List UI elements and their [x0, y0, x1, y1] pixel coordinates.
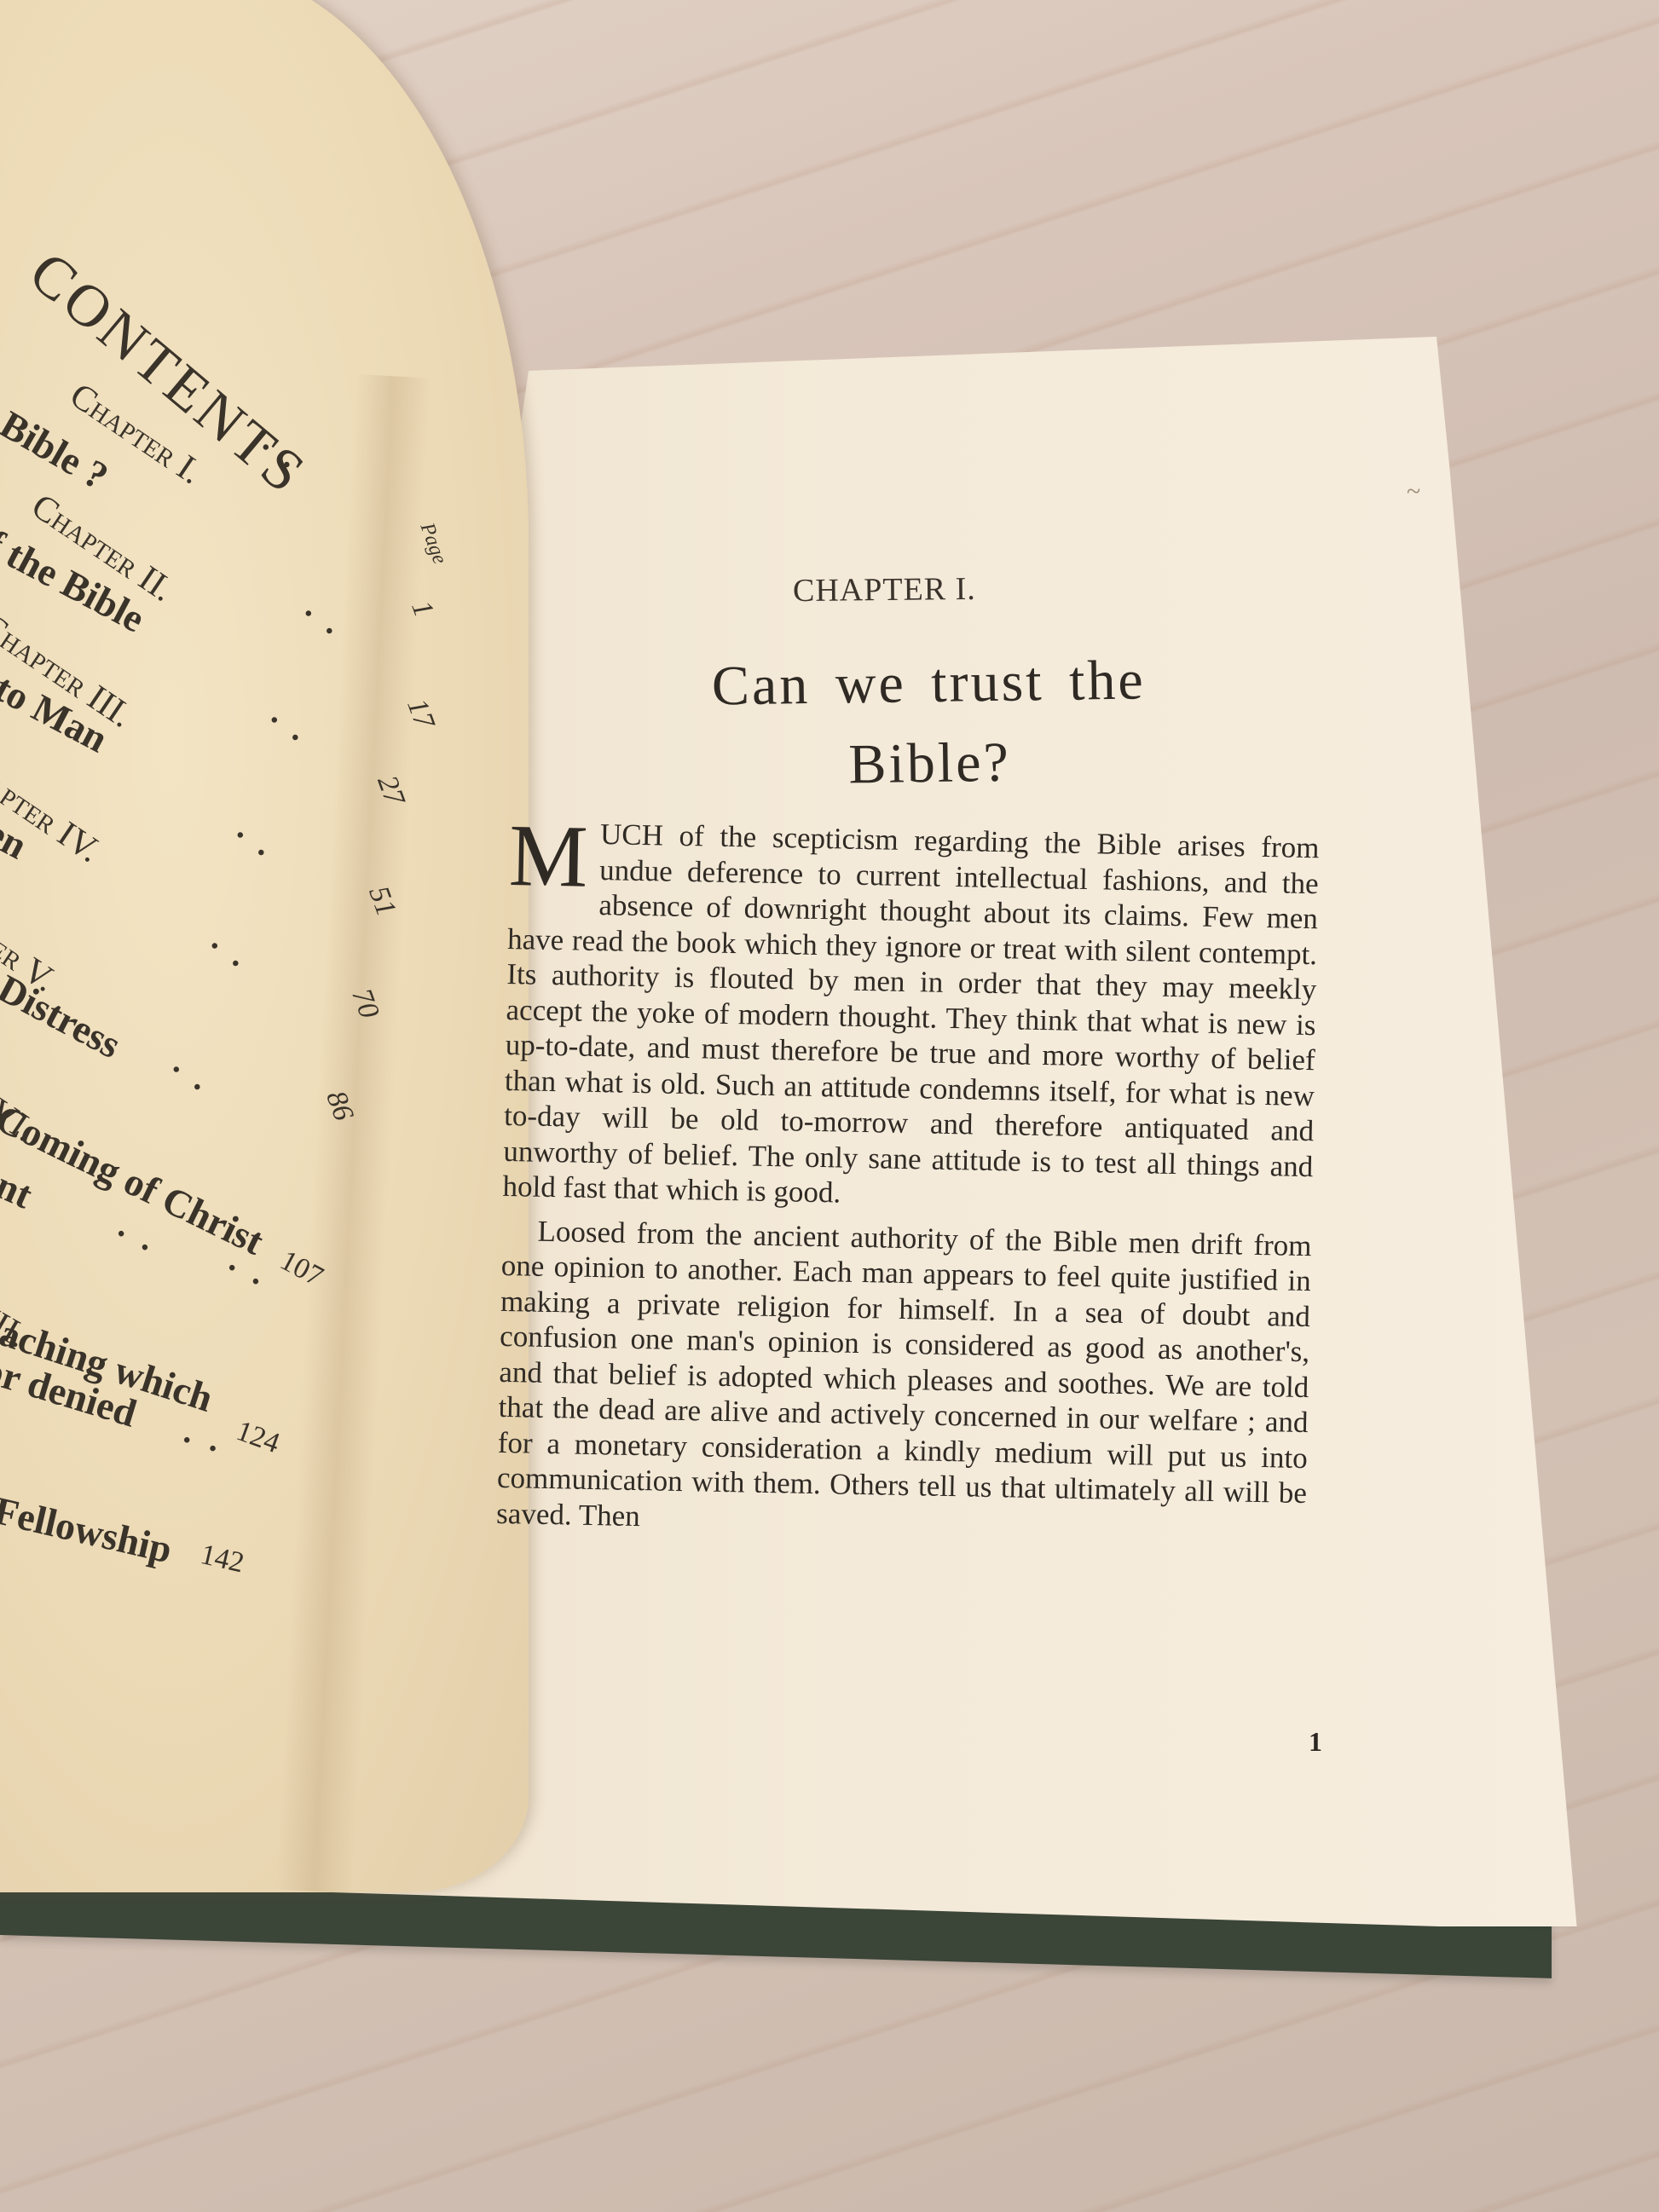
table-of-contents: CONTENTS Chapter I. e Bible ? . . 1 Page…: [0, 0, 512, 1875]
toc-page-number: 107: [275, 1245, 328, 1293]
toc-page-number: 86: [319, 1087, 359, 1125]
toc-leader-dots: . .: [205, 921, 262, 978]
toc-leader-dots: . .: [230, 810, 287, 867]
toc-entry-title: t Distress: [0, 955, 129, 1067]
toc-page-number: 142: [197, 1539, 246, 1580]
toc-page-number: 27: [370, 771, 410, 810]
toc-page-number: 1: [404, 597, 440, 621]
toc-page-number: 70: [344, 985, 384, 1023]
paragraph-2-text: Loosed from the ancient authority of the…: [496, 1212, 1312, 1546]
paragraph: MUCH of the scepticism regarding the Bib…: [502, 815, 1320, 1220]
toc-entry-title: Fellowship: [0, 1487, 176, 1572]
toc-page-number: 124: [232, 1415, 284, 1460]
chapter-body-text: MUCH of the scepticism regarding the Bib…: [496, 815, 1320, 1546]
toc-page-label: Page: [415, 520, 451, 568]
toc-page-number: 51: [361, 882, 402, 921]
toc-leader-dots: . .: [166, 1044, 223, 1101]
toc-leader-dots: . .: [179, 1411, 230, 1462]
toc-leader-dots: . .: [298, 588, 355, 645]
page-number: 1: [1309, 1726, 1322, 1758]
paragraph-1-text: UCH of the scepticism regarding the Bibl…: [502, 817, 1320, 1209]
chapter-title: Can we trust the Bible?: [647, 639, 1212, 807]
chapter-title-line-1: Can we trust the: [647, 639, 1211, 727]
toc-page-number: 17: [400, 695, 440, 733]
toc-leader-dots: . .: [264, 695, 321, 752]
toc-entry-title-continued: ent: [0, 1155, 39, 1217]
drop-cap: M: [508, 822, 588, 892]
chapter-title-line-2: Bible?: [648, 719, 1211, 807]
chapter-label: CHAPTER I.: [793, 570, 976, 609]
page-corner-tear: ~: [1407, 477, 1420, 506]
